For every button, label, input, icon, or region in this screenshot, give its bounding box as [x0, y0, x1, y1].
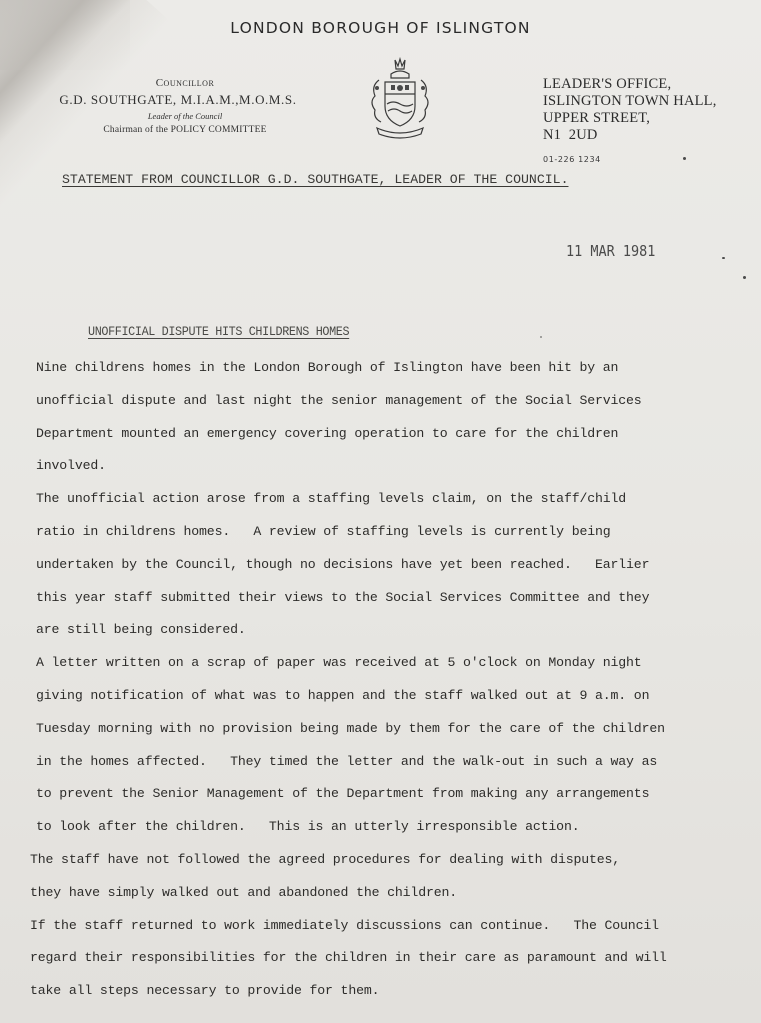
- coat-of-arms-icon: [365, 56, 435, 142]
- body-line: take all steps necessary to provide for …: [30, 975, 736, 1008]
- councillor-title: Councillor: [40, 76, 330, 91]
- body-line: to look after the children. This is an u…: [36, 811, 736, 844]
- body-line: they have simply walked out and abandone…: [30, 877, 736, 910]
- body-line: unofficial dispute and last night the se…: [36, 385, 736, 418]
- body-line: Nine childrens homes in the London Borou…: [36, 352, 736, 385]
- ink-speck: [540, 336, 542, 338]
- body-line: The unofficial action arose from a staff…: [36, 483, 736, 516]
- address-line: UPPER STREET,: [543, 110, 717, 127]
- address-line: N1 2UD: [543, 127, 717, 144]
- body-line: to prevent the Senior Management of the …: [36, 778, 736, 811]
- body-line: ratio in childrens homes. A review of st…: [36, 516, 736, 549]
- ink-speck: [683, 157, 686, 160]
- councillor-block: Councillor G.D. SOUTHGATE, M.I.A.M.,M.O.…: [40, 76, 330, 137]
- body-line: this year staff submitted their views to…: [36, 582, 736, 615]
- councillor-role: Leader of the Council: [40, 109, 330, 123]
- councillor-name: G.D. SOUTHGATE, M.I.A.M.,M.O.M.S.: [26, 91, 330, 109]
- press-release-headline: UNOFFICIAL DISPUTE HITS CHILDRENS HOMES: [88, 324, 349, 339]
- body-line: Department mounted an emergency covering…: [36, 418, 736, 451]
- document-page: LONDON BOROUGH OF ISLINGTON Councillor G…: [0, 0, 761, 1023]
- body-line: in the homes affected. They timed the le…: [36, 746, 736, 779]
- address-line: LEADER'S OFFICE,: [543, 76, 717, 93]
- organisation-title: LONDON BOROUGH OF ISLINGTON: [0, 19, 761, 37]
- office-address: LEADER'S OFFICE, ISLINGTON TOWN HALL, UP…: [543, 76, 717, 144]
- address-line: ISLINGTON TOWN HALL,: [543, 93, 717, 110]
- body-line: are still being considered.: [36, 614, 736, 647]
- body-line: regard their responsibilities for the ch…: [30, 942, 736, 975]
- body-line: If the staff returned to work immediatel…: [30, 910, 736, 943]
- phone-number: 01-226 1234: [543, 155, 601, 164]
- body-line: The staff have not followed the agreed p…: [30, 844, 736, 877]
- statement-body: Nine childrens homes in the London Borou…: [36, 352, 736, 1008]
- ink-speck: [743, 276, 746, 279]
- body-line: undertaken by the Council, though no dec…: [36, 549, 736, 582]
- date-stamp: 11 MAR 1981: [566, 242, 655, 260]
- body-line: involved.: [36, 450, 736, 483]
- body-line: Tuesday morning with no provision being …: [36, 713, 736, 746]
- councillor-committee: Chairman of the POLICY COMMITTEE: [40, 123, 330, 137]
- body-line: A letter written on a scrap of paper was…: [36, 647, 736, 680]
- statement-heading: STATEMENT FROM COUNCILLOR G.D. SOUTHGATE…: [62, 172, 602, 187]
- body-line: giving notification of what was to happe…: [36, 680, 736, 713]
- ink-speck: [722, 257, 725, 259]
